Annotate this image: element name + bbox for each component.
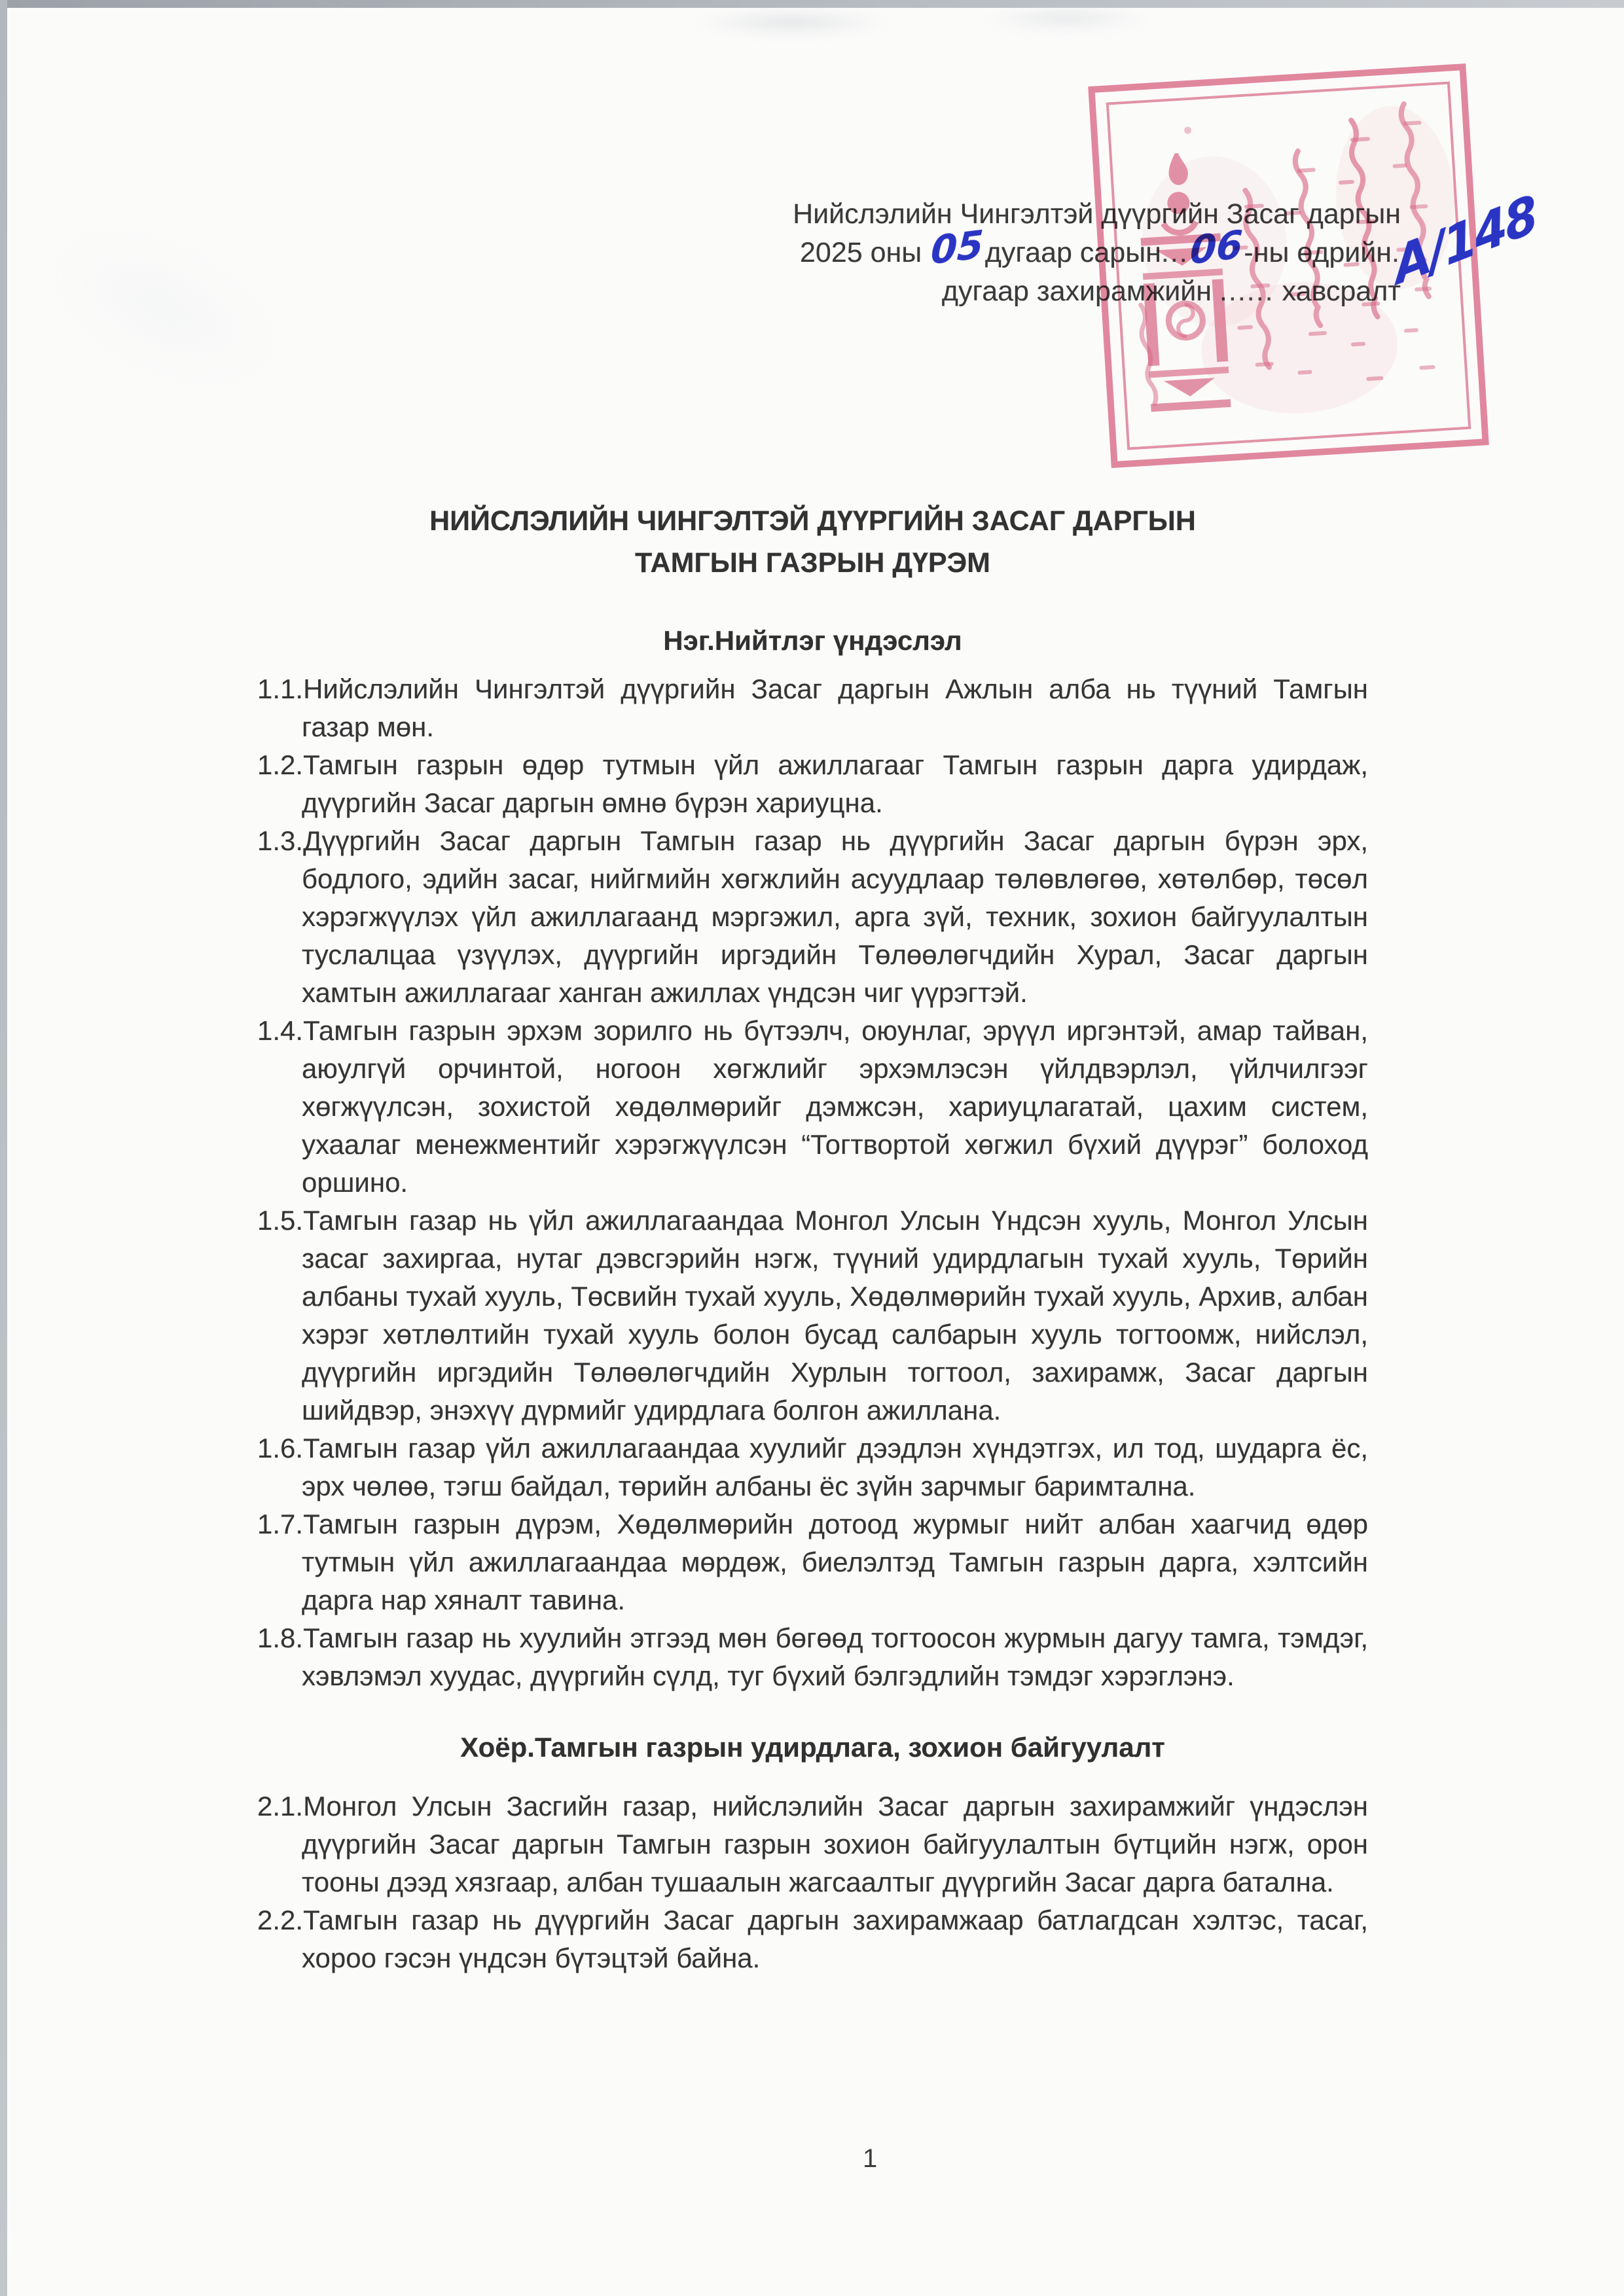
clause-1-3: 1.3.Дүүргийн Засаг даргын Тамгын газар н… <box>257 822 1368 1012</box>
section-heading-1: Нэг.Нийтлэг үндэслэл <box>257 622 1368 660</box>
clause-text: Тамгын газрын эрхэм зорилго нь бүтээлч, … <box>302 1015 1368 1198</box>
document-title-line1: НИЙСЛЭЛИЙН ЧИНГЭЛТЭЙ ДҮҮРГИЙН ЗАСАГ ДАРГ… <box>257 500 1368 542</box>
handwritten-month-number: 05 <box>931 244 983 251</box>
scan-smudge <box>982 7 1152 30</box>
scan-edge-top <box>0 0 1624 8</box>
section-heading-2: Хоёр.Тамгын газрын удирдлага, зохион бай… <box>257 1729 1368 1767</box>
clause-text: Нийслэлийн Чингэлтэй дүүргийн Засаг дарг… <box>302 673 1368 742</box>
clause-number: 1.7. <box>257 1509 303 1539</box>
clause-number: 2.1. <box>257 1791 303 1821</box>
clause-text: Дүүргийн Засаг даргын Тамгын газар нь дү… <box>302 825 1368 1008</box>
clause-number: 1.2. <box>257 749 303 780</box>
clause-number: 1.1. <box>257 673 303 704</box>
clause-text: Тамгын газар нь дүүргийн Засаг даргын за… <box>302 1905 1368 1973</box>
clause-1-6: 1.6.Тамгын газар үйл ажиллагаандаа хуули… <box>257 1429 1368 1505</box>
clause-2-1: 2.1.Монгол Улсын Засгийн газар, нийслэли… <box>257 1787 1368 1901</box>
annex-date-prefix: 2025 оны <box>800 237 929 268</box>
clause-number: 2.2. <box>257 1905 303 1935</box>
clause-number: 1.5. <box>257 1205 303 1236</box>
clause-number: 1.6. <box>257 1433 303 1463</box>
clause-2-2: 2.2.Тамгын газар нь дүүргийн Засаг даргы… <box>257 1901 1368 1977</box>
clause-1-2: 1.2.Тамгын газрын өдөр тутмын үйл ажилла… <box>257 746 1368 822</box>
clause-number: 1.3. <box>257 825 303 856</box>
clause-number: 1.8. <box>257 1623 303 1653</box>
scanned-document-page: { "colors": { "stamp_red": "#d85a7b", "h… <box>0 0 1624 2296</box>
clause-1-5: 1.5.Тамгын газар нь үйл ажиллагаандаа Мо… <box>257 1202 1368 1429</box>
document-title-line2: ТАМГЫН ГАЗРЫН ДҮРЭМ <box>257 542 1368 584</box>
clause-1-4: 1.4.Тамгын газрын эрхэм зорилго нь бүтээ… <box>257 1012 1368 1202</box>
document-body: Нэг.Нийтлэг үндэслэл 1.1.Нийслэлийн Чинг… <box>257 622 1368 1977</box>
document-title: НИЙСЛЭЛИЙН ЧИНГЭЛТЭЙ ДҮҮРГИЙН ЗАСАГ ДАРГ… <box>257 500 1368 584</box>
clause-text: Тамгын газар нь үйл ажиллагаандаа Монгол… <box>302 1205 1368 1426</box>
clause-text: Тамгын газар нь хуулийн этгээд мөн бөгөө… <box>302 1623 1368 1691</box>
clause-text: Тамгын газрын дүрэм, Хөдөлмөрийн дотоод … <box>302 1509 1368 1615</box>
scan-smudge <box>9 185 319 431</box>
clause-text: Тамгын газрын өдөр тутмын үйл ажиллагааг… <box>302 749 1368 818</box>
page-number: 1 <box>863 2144 877 2174</box>
clause-1-7: 1.7.Тамгын газрын дүрэм, Хөдөлмөрийн дот… <box>257 1505 1368 1619</box>
clause-1-8: 1.8.Тамгын газар нь хуулийн этгээд мөн б… <box>257 1619 1368 1695</box>
clause-text: Тамгын газар үйл ажиллагаандаа хуулийг д… <box>302 1433 1368 1501</box>
clause-text: Монгол Улсын Засгийн газар, нийслэлийн З… <box>302 1791 1368 1897</box>
clause-number: 1.4. <box>257 1015 303 1046</box>
scan-edge-left <box>0 0 7 2296</box>
scan-smudge <box>694 9 890 35</box>
clause-1-1: 1.1.Нийслэлийн Чингэлтэй дүүргийн Засаг … <box>257 670 1368 746</box>
